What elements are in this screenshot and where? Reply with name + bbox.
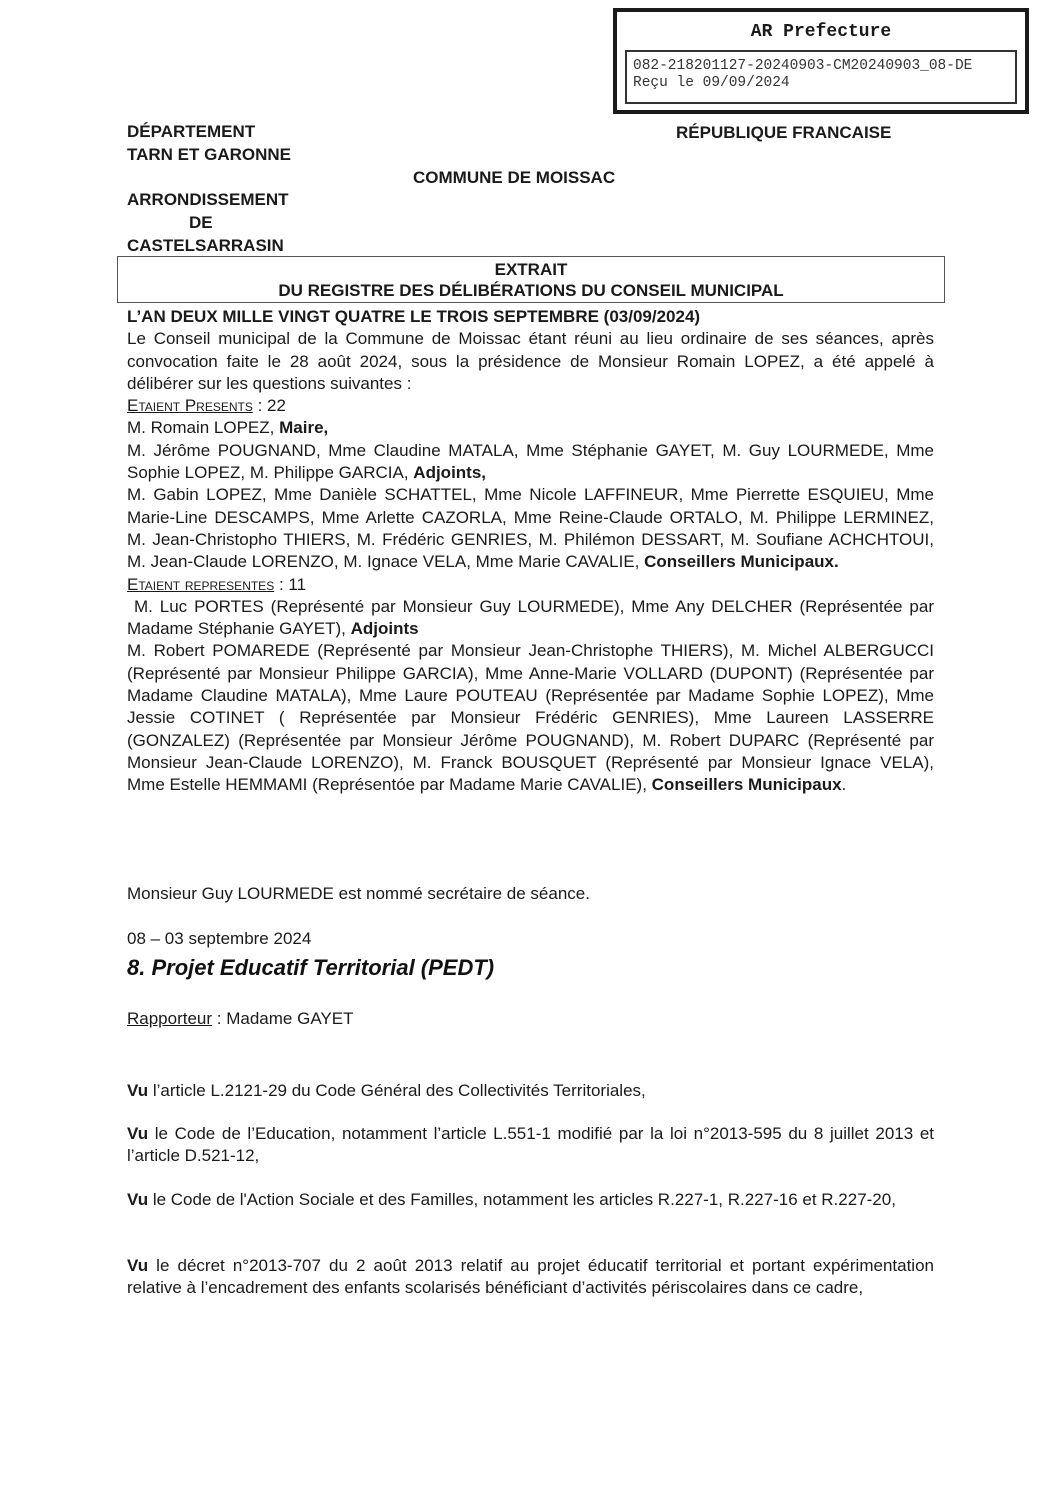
represented-adjoints-role: Adjoints xyxy=(351,619,419,638)
presents-heading: Etaient Presents : 22 xyxy=(127,395,934,417)
session-date-heading: L’AN DEUX MILLE VINGT QUATRE LE TROIS SE… xyxy=(127,306,934,328)
arrondissement-name: CASTELSARRASIN xyxy=(127,234,289,257)
arrondissement-label: ARRONDISSEMENT xyxy=(127,188,289,211)
stamp-details: 082-218201127-20240903-CM20240903_08-DE … xyxy=(625,50,1017,104)
presents-conseillers: M. Gabin LOPEZ, Mme Danièle SCHATTEL, Mm… xyxy=(127,484,934,573)
representes-adjoints: M. Luc PORTES (Représenté par Monsieur G… xyxy=(127,596,934,641)
period: . xyxy=(842,775,847,794)
rapporteur-value: : Madame GAYET xyxy=(212,1009,353,1028)
vu-label: Vu xyxy=(127,1256,148,1275)
presents-label: Etaient Presents xyxy=(127,396,253,415)
maire-role: Maire, xyxy=(279,418,328,437)
visa-1: Vu l’article L.2121-29 du Code Général d… xyxy=(127,1080,934,1102)
visa-text: le Code de l’Education, notamment l’arti… xyxy=(127,1124,934,1165)
rapporteur-line: Rapporteur : Madame GAYET xyxy=(127,1008,934,1030)
conseillers-role: Conseillers Municipaux. xyxy=(644,552,839,571)
arrondissement-de: DE xyxy=(127,211,289,234)
extrait-line1: EXTRAIT xyxy=(118,259,944,280)
visa-text: le décret n°2013-707 du 2 août 2013 rela… xyxy=(127,1256,934,1297)
stamp-reference: 082-218201127-20240903-CM20240903_08-DE xyxy=(633,58,1009,75)
presents-maire: M. Romain LOPEZ, Maire, xyxy=(127,417,934,439)
visa-text: l’article L.2121-29 du Code Général des … xyxy=(148,1081,646,1100)
visa-2: Vu le Code de l’Education, notamment l’a… xyxy=(127,1123,934,1168)
representes-label: Etaient representes xyxy=(127,575,274,594)
visa-text: le Code de l'Action Sociale et des Famil… xyxy=(148,1190,896,1209)
maire-name: M. Romain LOPEZ, xyxy=(127,418,279,437)
vu-label: Vu xyxy=(127,1081,148,1100)
departement-label: DÉPARTEMENT xyxy=(127,120,291,143)
departement-name: TARN ET GARONNE xyxy=(127,143,291,166)
commune-label: COMMUNE DE MOISSAC xyxy=(413,166,615,189)
rapporteur-label: Rapporteur xyxy=(127,1009,212,1028)
deliberation-title: 8. Projet Educatif Territorial (PEDT) xyxy=(127,955,494,981)
stamp-title: AR Prefecture xyxy=(617,22,1025,42)
deliberation-ref: 08 – 03 septembre 2024 xyxy=(127,928,934,950)
presents-adjoints: M. Jérôme POUGNAND, Mme Claudine MATALA,… xyxy=(127,440,934,485)
session-intro: Le Conseil municipal de la Commune de Mo… xyxy=(127,328,934,395)
arrondissement-block: ARRONDISSEMENT DE CASTELSARRASIN xyxy=(127,188,289,257)
extrait-line2: DU REGISTRE DES DÉLIBÉRATIONS DU CONSEIL… xyxy=(118,280,944,301)
republique-label: RÉPUBLIQUE FRANCAISE xyxy=(676,121,891,144)
extrait-title-box: EXTRAIT DU REGISTRE DES DÉLIBÉRATIONS DU… xyxy=(117,256,945,303)
session-body: L’AN DEUX MILLE VINGT QUATRE LE TROIS SE… xyxy=(127,306,934,797)
representes-heading: Etaient representes : 11 xyxy=(127,574,934,596)
represented-conseillers-role: Conseillers Municipaux xyxy=(652,775,842,794)
secretaire-line: Monsieur Guy LOURMEDE est nommé secrétai… xyxy=(127,883,934,905)
presents-count: : 22 xyxy=(258,396,286,415)
represented-adjoints-names: M. Luc PORTES (Représenté par Monsieur G… xyxy=(127,597,934,638)
stamp-received-date: Reçu le 09/09/2024 xyxy=(633,75,1009,92)
representes-count: : 11 xyxy=(279,575,306,594)
departement-block: DÉPARTEMENT TARN ET GARONNE xyxy=(127,120,291,166)
adjoints-role: Adjoints, xyxy=(413,463,486,482)
vu-label: Vu xyxy=(127,1124,148,1143)
visa-4: Vu le décret n°2013-707 du 2 août 2013 r… xyxy=(127,1255,934,1300)
visa-3: Vu le Code de l'Action Sociale et des Fa… xyxy=(127,1189,934,1211)
ar-prefecture-stamp: AR Prefecture 082-218201127-20240903-CM2… xyxy=(613,8,1029,114)
representes-conseillers: M. Robert POMAREDE (Représenté par Monsi… xyxy=(127,640,934,796)
adjoints-names: M. Jérôme POUGNAND, Mme Claudine MATALA,… xyxy=(127,441,934,482)
represented-conseillers-names: M. Robert POMAREDE (Représenté par Monsi… xyxy=(127,641,934,794)
vu-label: Vu xyxy=(127,1190,148,1209)
